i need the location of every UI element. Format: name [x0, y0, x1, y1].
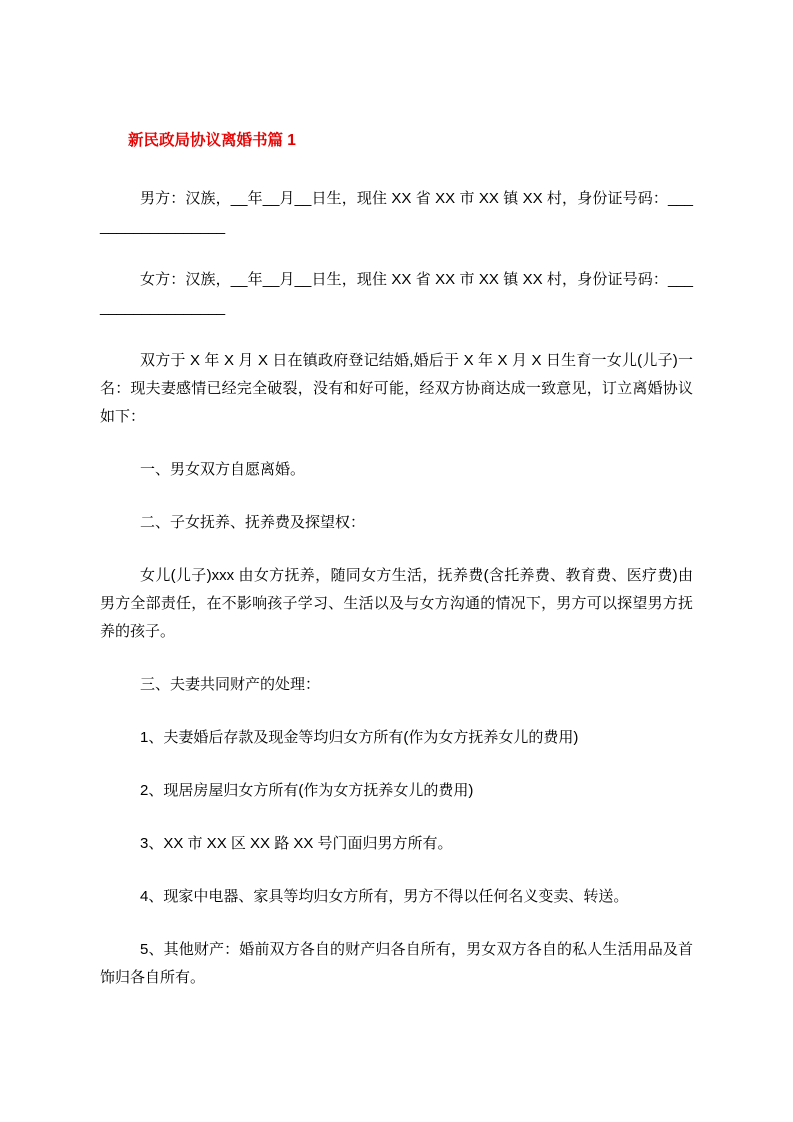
paragraph: 1、夫妻婚后存款及现金等均归女方所有(作为女方抚养女儿的费用) [100, 724, 693, 752]
paragraph: 一、男女双方自愿离婚。 [100, 456, 693, 484]
paragraph: 女儿(儿子)xxx 由女方抚养，随同女方生活，抚养费(含托养费、教育费、医疗费)… [100, 562, 693, 646]
paragraph: 女方：汉族，__年__月__日生，现住 XX 省 XX 市 XX 镇 XX 村，… [100, 266, 693, 322]
paragraph: 4、现家中电器、家具等均归女方所有，男方不得以任何名义变卖、转送。 [100, 883, 693, 911]
paragraph: 二、子女抚养、抚养费及探望权： [100, 509, 693, 537]
document-page: 新民政局协议离婚书篇 1 男方：汉族，__年__月__日生，现住 XX 省 XX… [0, 0, 793, 1122]
paragraph: 3、XX 市 XX 区 XX 路 XX 号门面归男方所有。 [100, 830, 693, 858]
paragraph: 5、其他财产：婚前双方各自的财产归各自所有，男女双方各自的私人生活用品及首饰归各… [100, 936, 693, 992]
document-title: 新民政局协议离婚书篇 1 [100, 127, 693, 155]
paragraph: 双方于 X 年 X 月 X 日在镇政府登记结婚,婚后于 X 年 X 月 X 日生… [100, 347, 693, 431]
paragraph: 2、现居房屋归女方所有(作为女方抚养女儿的费用) [100, 777, 693, 805]
paragraph: 男方：汉族，__年__月__日生，现住 XX 省 XX 市 XX 镇 XX 村，… [100, 185, 693, 241]
document-body: 男方：汉族，__年__月__日生，现住 XX 省 XX 市 XX 镇 XX 村，… [100, 185, 693, 992]
paragraph: 三、夫妻共同财产的处理： [100, 671, 693, 699]
